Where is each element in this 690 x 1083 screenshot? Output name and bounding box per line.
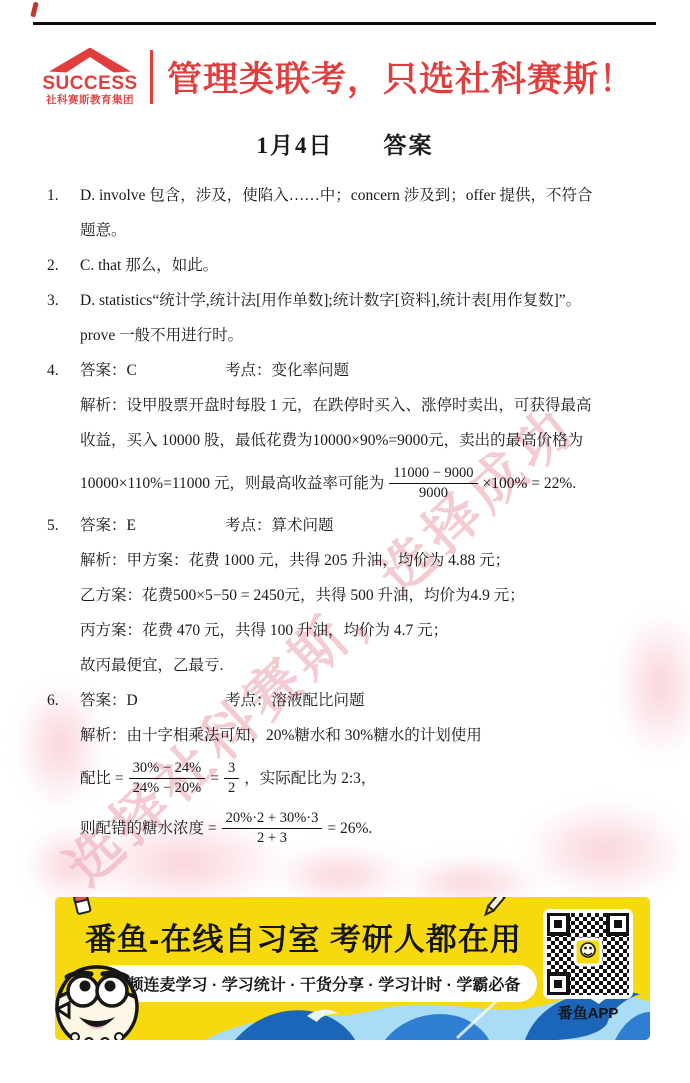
answer-label: 答案：E xyxy=(80,508,225,543)
eraser-icon xyxy=(69,897,95,919)
fraction: 32 xyxy=(224,759,239,798)
formula-line: 配比 = 30% − 24%24% − 20% = 32 ，实际配比为 2:3， xyxy=(80,753,659,803)
fraction: 30% − 24%24% − 20% xyxy=(129,759,206,798)
fish-mascot-icon xyxy=(55,963,151,1040)
banner-title: 番鱼-在线自习室 考研人都在用 xyxy=(85,914,522,959)
fanyu-ad-banner: 番鱼-在线自习室 考研人都在用 视频连麦学习 · 学习统计 · 干货分享 · 学… xyxy=(55,897,650,1040)
formula-text: ，实际配比为 2:3， xyxy=(244,761,376,796)
document-page: 选择社科赛斯，选择成功 SUCCESS 社科赛斯教育集团 管理类联考，只选社科赛… xyxy=(0,0,690,1083)
top-divider xyxy=(33,22,656,25)
answer-item-3: 3. D. statistics“统计学,统计法[用作单数];统计数字[资料],… xyxy=(47,283,659,353)
topic-label: 考点：变化率问题 xyxy=(225,362,349,379)
fraction: 20%·2 + 30%·32 + 3 xyxy=(222,809,323,848)
analysis-line: 乙方案：花费500×5−50 = 2450元，共得 500 升油，均价为4.9 … xyxy=(80,578,659,613)
header: SUCCESS 社科赛斯教育集团 管理类联考，只选社科赛斯！ xyxy=(40,36,655,118)
pencil-icon xyxy=(478,897,508,920)
item-number: 4. xyxy=(47,353,80,508)
fraction: 11000 − 90009000 xyxy=(389,464,477,503)
answer-line: D. statistics“统计学,统计法[用作单数];统计数字[资料],统计表… xyxy=(80,283,659,318)
answer-line: C. that 那么，如此。 xyxy=(80,248,659,283)
answer-item-2: 2. C. that 那么，如此。 xyxy=(47,248,659,283)
item-number: 5. xyxy=(47,508,80,683)
answer-topic-line: 答案：D考点：溶液配比问题 xyxy=(80,683,659,718)
page-title: 1月4日答案 xyxy=(0,127,690,160)
success-logo: SUCCESS 社科赛斯教育集团 xyxy=(40,48,140,107)
answer-item-4: 4. 答案：C考点：变化率问题 解析：设甲股票开盘时每股 1 元，在跌停时买入、… xyxy=(47,353,659,508)
corner-mark xyxy=(30,2,38,18)
topic-label: 考点：溶液配比问题 xyxy=(225,692,365,709)
answer-line: 题意。 xyxy=(80,213,659,248)
item-number: 6. xyxy=(47,683,80,853)
header-slogan: 管理类联考，只选社科赛斯！ xyxy=(167,52,635,102)
qr-code xyxy=(543,909,633,999)
logo-brand-text: SUCCESS xyxy=(40,74,140,94)
answers-list: 1. D. involve 包含，涉及，使陷入……中；concern 涉及到；o… xyxy=(47,178,659,853)
answer-label: 答案：C xyxy=(80,353,225,388)
analysis-line: 解析：设甲股票开盘时每股 1 元，在跌停时买入、涨停时卖出，可获得最高 xyxy=(80,388,659,423)
pink-blob xyxy=(270,845,410,905)
answer-item-1: 1. D. involve 包含，涉及，使陷入……中；concern 涉及到；o… xyxy=(47,178,659,248)
answer-item-6: 6. 答案：D考点：溶液配比问题 解析：由十字相乘法可知，20%糖水和 30%糖… xyxy=(47,683,659,853)
topic-label: 考点：算术问题 xyxy=(225,517,334,534)
formula-text: 10000×110%=11000 元，则最高收益率可能为 xyxy=(80,466,384,501)
answer-item-5: 5. 答案：E考点：算术问题 解析：甲方案：花费 1000 元，共得 205 升… xyxy=(47,508,659,683)
formula-text: 则配错的糖水浓度 = xyxy=(80,811,217,846)
analysis-line: 解析：由十字相乘法可知，20%糖水和 30%糖水的计划使用 xyxy=(80,718,659,753)
answer-line: D. involve 包含，涉及，使陷入……中；concern 涉及到；offe… xyxy=(80,178,659,213)
analysis-line: 故丙最便宜，乙最亏. xyxy=(80,648,659,683)
logo-subtitle: 社科赛斯教育集团 xyxy=(40,94,140,107)
formula-text: ×100% = 22%. xyxy=(483,466,577,501)
answer-topic-line: 答案：C考点：变化率问题 xyxy=(80,353,659,388)
title-date: 1月4日 xyxy=(257,133,334,158)
formula-line: 10000×110%=11000 元，则最高收益率可能为 11000 − 900… xyxy=(80,458,659,508)
banner-feature-pill: 视频连麦学习 · 学习统计 · 干货分享 · 学习计时 · 学霸必备 xyxy=(95,965,537,1002)
analysis-line: 解析：甲方案：花费 1000 元，共得 205 升油，均价为 4.88 元； xyxy=(80,543,659,578)
item-number: 2. xyxy=(47,248,80,283)
formula-text: = 26%. xyxy=(327,811,372,846)
analysis-line: 丙方案：花费 470 元，共得 100 升油，均价为 4.7 元； xyxy=(80,613,659,648)
roof-icon xyxy=(49,48,131,73)
title-label: 答案 xyxy=(384,133,434,158)
qr-code-block: 番鱼APP xyxy=(542,909,634,1023)
answer-label: 答案：D xyxy=(80,683,225,718)
banner-features: 视频连麦学习 · 学习统计 · 干货分享 · 学习计时 · 学霸必备 xyxy=(112,972,521,995)
formula-text: 配比 = xyxy=(80,761,124,796)
answer-line: prove 一般不用进行时。 xyxy=(80,318,659,353)
analysis-line: 收益，买入 10000 股，最低花费为10000×90%=9000元，卖出的最高… xyxy=(80,423,659,458)
formula-text: = xyxy=(210,761,219,796)
header-divider xyxy=(150,50,153,104)
item-number: 3. xyxy=(47,283,80,353)
answer-topic-line: 答案：E考点：算术问题 xyxy=(80,508,659,543)
item-number: 1. xyxy=(47,178,80,248)
formula-line: 则配错的糖水浓度 = 20%·2 + 30%·32 + 3 = 26%. xyxy=(80,803,659,853)
qr-label: 番鱼APP xyxy=(542,1002,634,1023)
